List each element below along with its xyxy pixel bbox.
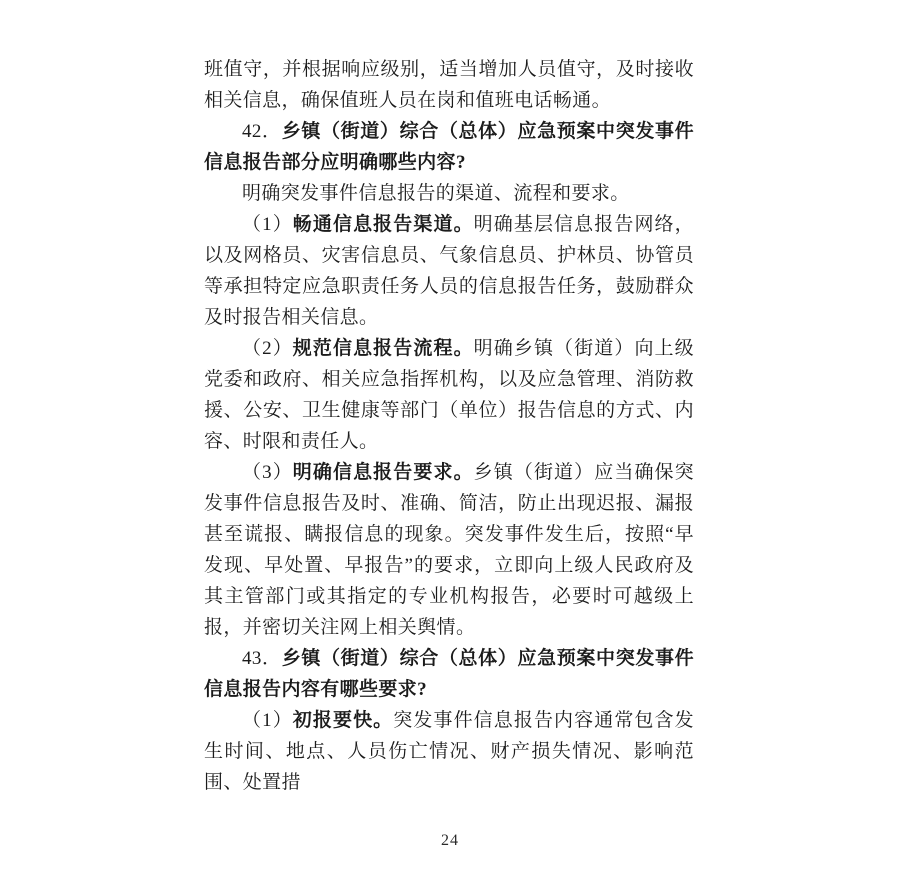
question-42-heading: 42．乡镇（街道）综合（总体）应急预案中突发事件信息报告部分应明确哪些内容?	[204, 116, 694, 178]
list-item-2: （2）规范信息报告流程。明确乡镇（街道）向上级党委和政府、相关应急指挥机构，以及…	[204, 333, 694, 457]
list-item-3-text: 乡镇（街道）应当确保突发事件信息报告及时、准确、简洁，防止出现迟报、漏报甚至谎报…	[204, 462, 694, 638]
list-item-4: （1）初报要快。突发事件信息报告内容通常包含发生时间、地点、人员伤亡情况、财产损…	[204, 705, 694, 798]
list-item-3-number: （3）	[242, 462, 293, 483]
list-item-2-number: （2）	[242, 338, 293, 359]
list-item-1-number: （1）	[242, 214, 293, 235]
document-body: 班值守，并根据响应级别，适当增加人员值守，及时接收相关信息，确保值班人员在岗和值…	[204, 54, 694, 798]
list-item-3-lead: 明确信息报告要求。	[293, 462, 474, 483]
question-42-number: 42．	[242, 121, 282, 142]
list-item-2-lead: 规范信息报告流程。	[293, 338, 474, 359]
question-43-heading: 43．乡镇（街道）综合（总体）应急预案中突发事件信息报告内容有哪些要求?	[204, 643, 694, 705]
list-item-1: （1）畅通信息报告渠道。明确基层信息报告网络，以及网格员、灾害信息员、气象信息员…	[204, 209, 694, 333]
list-item-4-lead: 初报要快。	[293, 710, 393, 731]
paragraph-continuation: 班值守，并根据响应级别，适当增加人员值守，及时接收相关信息，确保值班人员在岗和值…	[204, 54, 694, 116]
list-item-1-lead: 畅通信息报告渠道。	[293, 214, 474, 235]
page-number: 24	[0, 831, 900, 851]
paragraph-answer-intro: 明确突发事件信息报告的渠道、流程和要求。	[204, 178, 694, 209]
list-item-3: （3）明确信息报告要求。乡镇（街道）应当确保突发事件信息报告及时、准确、简洁，防…	[204, 457, 694, 643]
list-item-4-number: （1）	[242, 710, 293, 731]
question-43-number: 43．	[242, 648, 282, 669]
document-page: 班值守，并根据响应级别，适当增加人员值守，及时接收相关信息，确保值班人员在岗和值…	[0, 0, 900, 871]
